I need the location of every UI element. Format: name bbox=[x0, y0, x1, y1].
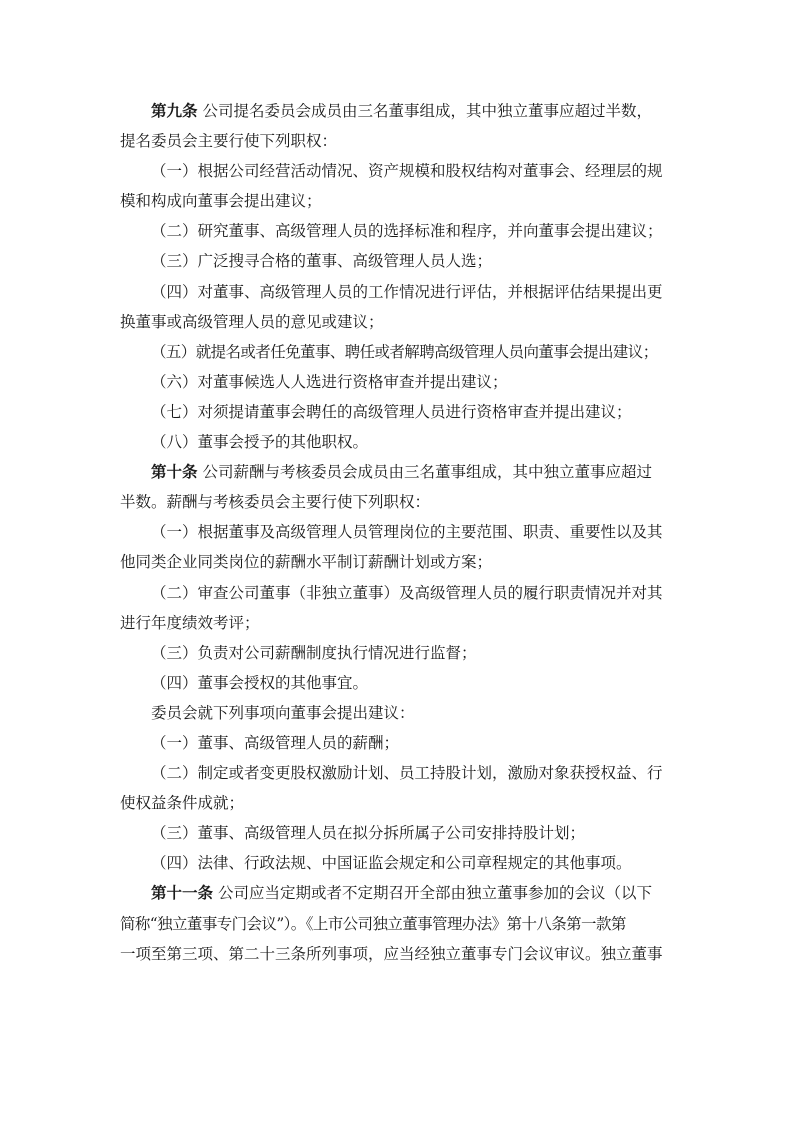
article-9-item-7: （七）对须提请董事会聘任的高级管理人员进行资格审查并提出建议； bbox=[120, 397, 676, 427]
article-10-recommend-item-3: （三）董事、高级管理人员在拟分拆所属子公司安排持股计划； bbox=[120, 818, 676, 848]
article-10-recommend-item-4: （四）法律、行政法规、中国证监会规定和公司章程规定的其他事项。 bbox=[120, 848, 676, 878]
article-9-heading: 第九条 bbox=[151, 102, 198, 120]
article-9-item-1: （一）根据公司经营活动情况、资产规模和股权结构对董事会、经理层的规 模和构成向董… bbox=[120, 156, 676, 216]
article-9-item-6: （六）对董事候选人人选进行资格审查并提出建议； bbox=[120, 367, 676, 397]
article-9-item-8: （八）董事会授予的其他职权。 bbox=[120, 427, 676, 457]
article-10-item-3: （三）负责对公司薪酬制度执行情况进行监督； bbox=[120, 638, 676, 668]
article-10-heading: 第十条 bbox=[151, 463, 198, 481]
article-10-recommend-item-2: （二）制定或者变更股权激励计划、员工持股计划，激励对象获授权益、行 使权益条件成… bbox=[120, 758, 676, 818]
article-9-item-4: （四）对董事、高级管理人员的工作情况进行评估，并根据评估结果提出更 换董事或高级… bbox=[120, 277, 676, 337]
article-10-recommend-intro: 委员会就下列事项向董事会提出建议： bbox=[120, 698, 676, 728]
article-11: 第十一条 公司应当定期或者不定期召开全部由独立董事参加的会议（以下 简称“独立董… bbox=[120, 878, 676, 968]
article-9: 第九条 公司提名委员会成员由三名董事组成，其中独立董事应超过半数， 提名委员会主… bbox=[120, 96, 676, 156]
article-11-heading: 第十一条 bbox=[151, 884, 213, 902]
article-10: 第十条 公司薪酬与考核委员会成员由三名董事组成，其中独立董事应超过 半数。薪酬与… bbox=[120, 457, 676, 517]
article-9-item-5: （五）就提名或者任免董事、聘任或者解聘高级管理人员向董事会提出建议； bbox=[120, 337, 676, 367]
article-9-item-3: （三）广泛搜寻合格的董事、高级管理人员人选； bbox=[120, 246, 676, 276]
article-10-item-2: （二）审查公司董事（非独立董事）及高级管理人员的履行职责情况并对其 进行年度绩效… bbox=[120, 578, 676, 638]
article-10-item-4: （四）董事会授权的其他事宜。 bbox=[120, 668, 676, 698]
article-10-recommend-item-1: （一）董事、高级管理人员的薪酬； bbox=[120, 728, 676, 758]
article-10-item-1: （一）根据董事及高级管理人员管理岗位的主要范围、职责、重要性以及其 他同类企业同… bbox=[120, 517, 676, 577]
article-9-item-2: （二）研究董事、高级管理人员的选择标准和程序，并向董事会提出建议； bbox=[120, 216, 676, 246]
document-page: 第九条 公司提名委员会成员由三名董事组成，其中独立董事应超过半数， 提名委员会主… bbox=[120, 96, 676, 969]
